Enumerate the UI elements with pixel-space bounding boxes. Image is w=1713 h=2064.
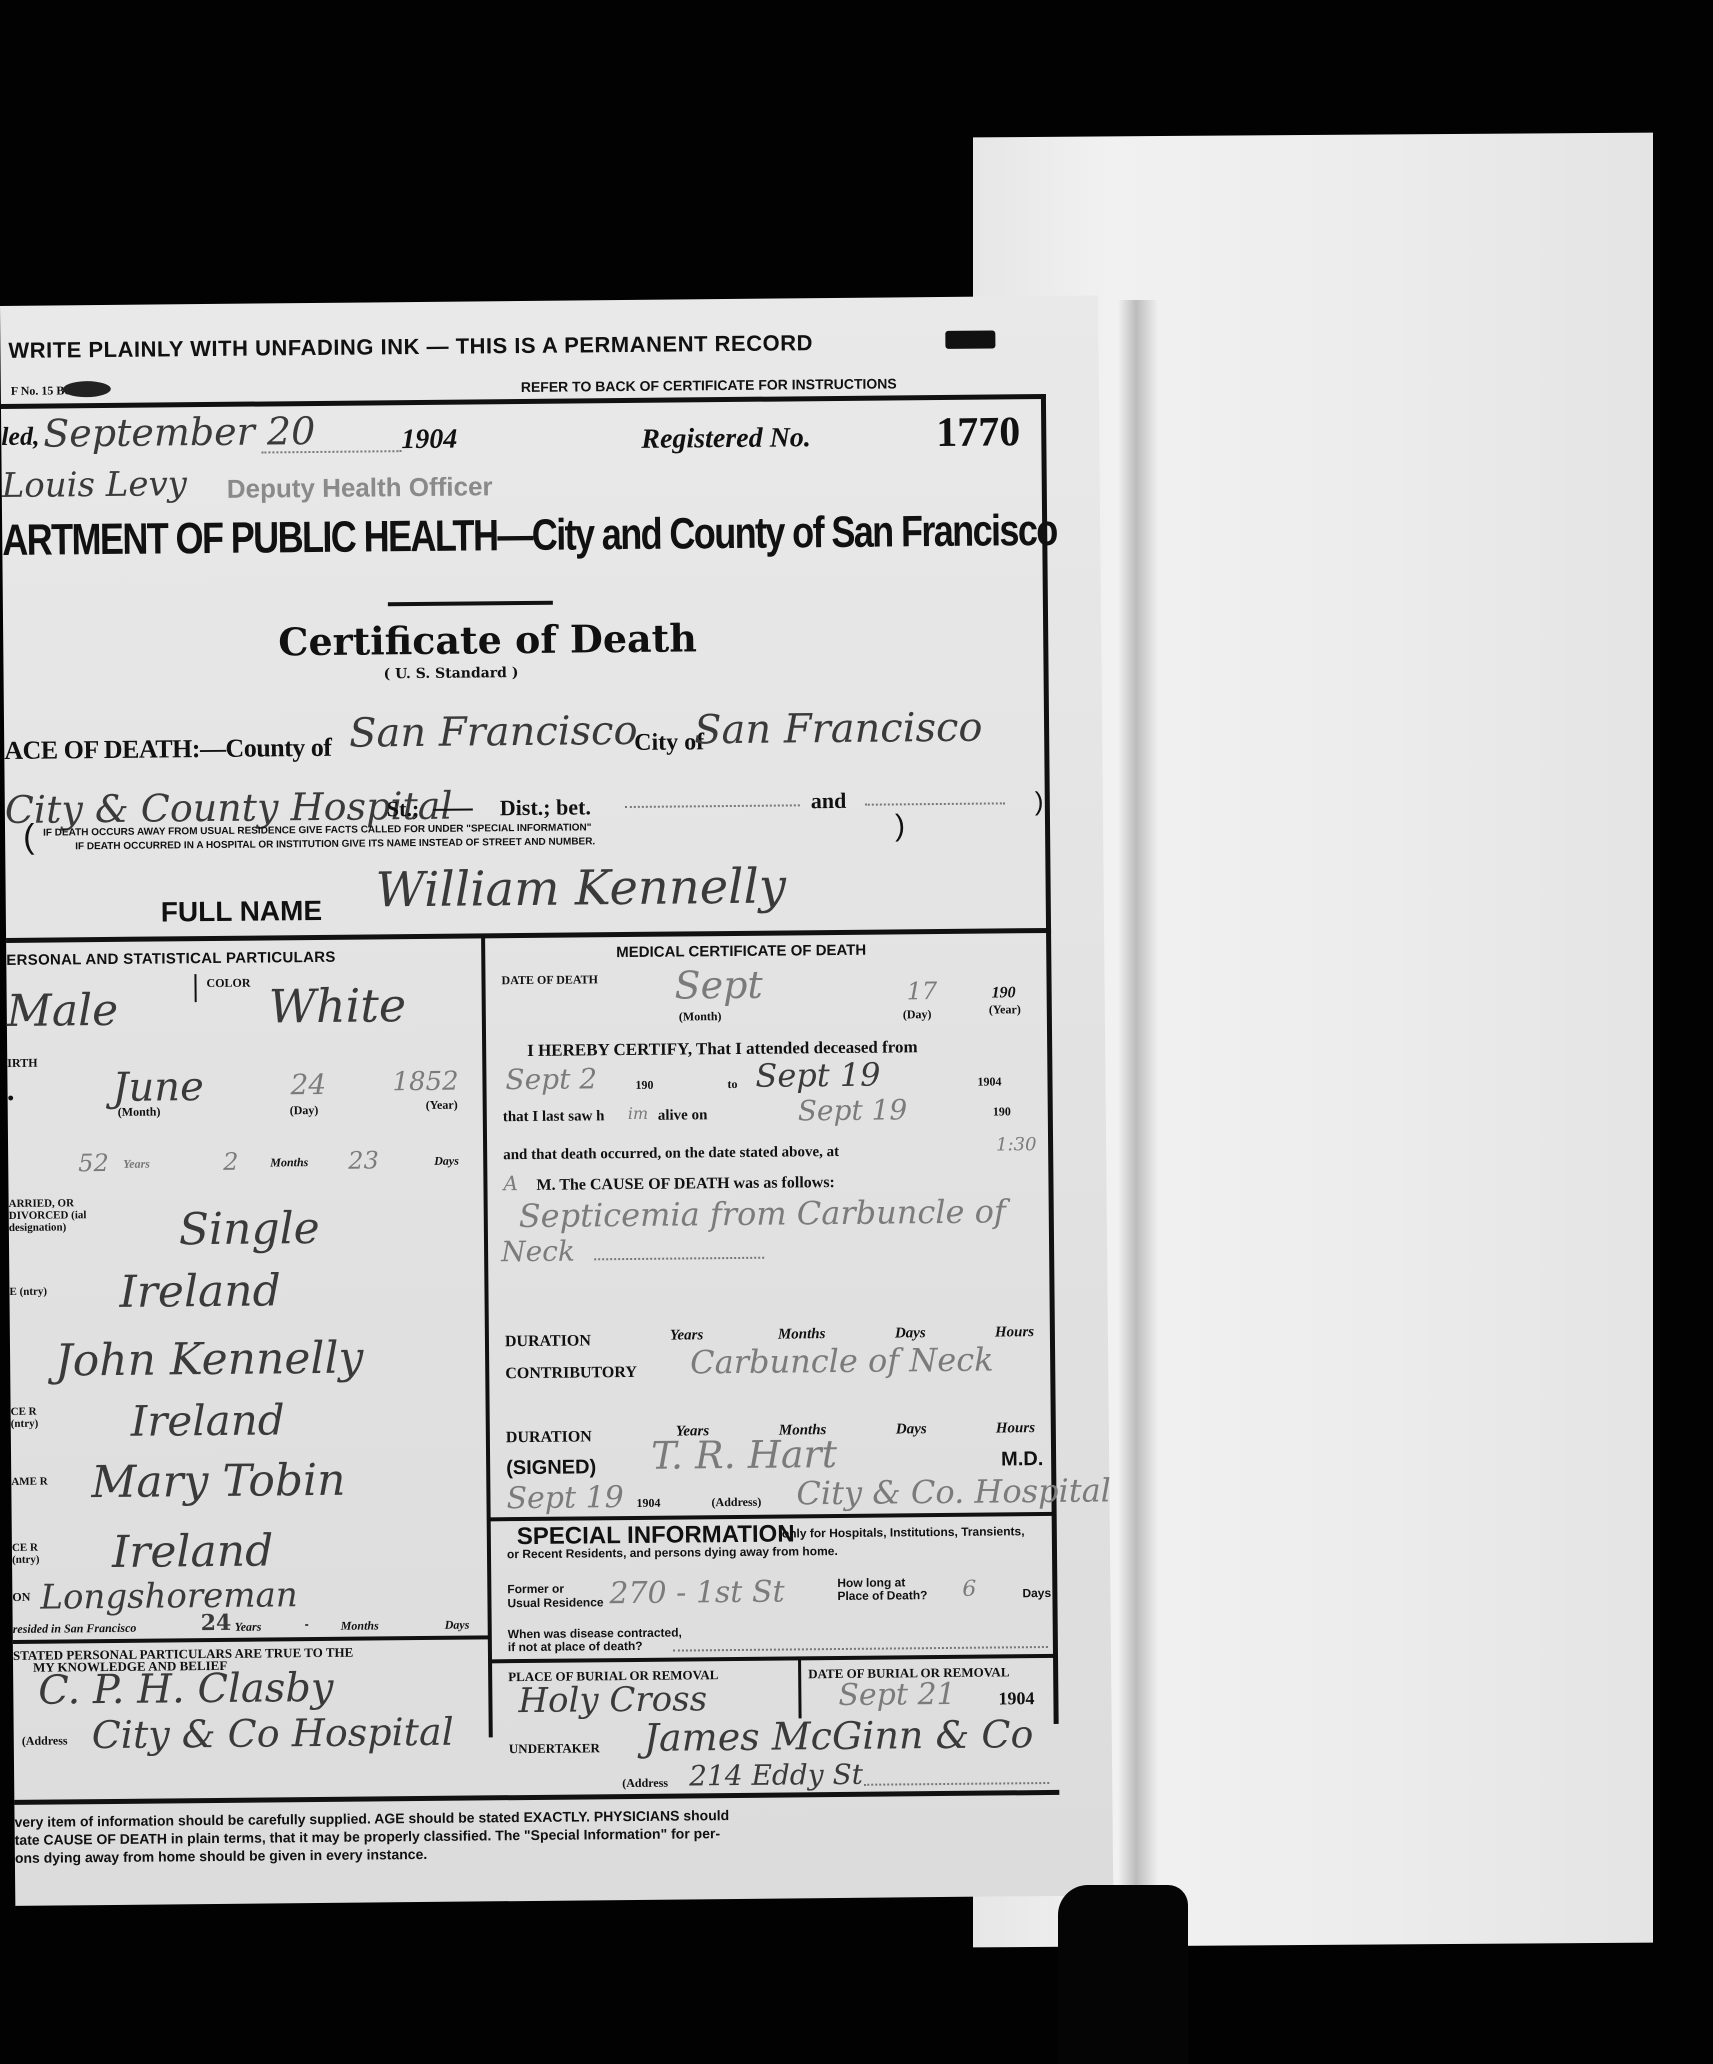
- registered-label: Registered No.: [641, 422, 811, 456]
- burial-divider: [491, 1654, 1056, 1663]
- sex-color-separator: [194, 974, 196, 1002]
- birth-day[interactable]: 24: [290, 1068, 326, 1101]
- certificate-subtitle: ( U. S. Standard ): [383, 665, 518, 682]
- city-value[interactable]: San Francisco: [694, 705, 983, 754]
- pointing-hand-icon: [945, 330, 995, 348]
- medical-section-title: MEDICAL CERTIFICATE OF DEATH: [616, 942, 866, 961]
- last-saw-text: that I last saw h: [503, 1108, 605, 1126]
- certificate-title: Certificate of Death: [278, 615, 697, 664]
- title-divider: [388, 601, 553, 607]
- duration-hours-label-1: Hours: [995, 1324, 1034, 1341]
- resided-days-label: Days: [445, 1618, 470, 1633]
- father-birthplace-label: CE R (ntry): [11, 1405, 61, 1429]
- resided-months[interactable]: -: [305, 1617, 309, 1631]
- death-year-label: (Year): [989, 1002, 1021, 1017]
- resided-months-label: Months: [341, 1618, 379, 1633]
- resided-years[interactable]: 24: [201, 1610, 232, 1636]
- color-value[interactable]: White: [268, 978, 406, 1033]
- death-day-label: (Day): [903, 1007, 932, 1022]
- burial-separator: [798, 1658, 802, 1718]
- instructions-note: REFER TO BACK OF CERTIFICATE FOR INSTRUC…: [521, 375, 897, 395]
- birthplace-value[interactable]: Ireland: [119, 1265, 281, 1318]
- filed-date[interactable]: September 20: [43, 409, 315, 456]
- street-label: St.;: [387, 796, 420, 822]
- age-months-label: Months: [270, 1155, 308, 1170]
- special-note-2: or Recent Residents, and persons dying a…: [507, 1544, 838, 1561]
- mother-name[interactable]: Mary Tobin: [91, 1455, 346, 1508]
- undertaker-value[interactable]: James McGinn & Co: [644, 1712, 1034, 1760]
- and-label: and: [811, 788, 847, 814]
- occupation-label: ON: [12, 1590, 30, 1605]
- place-of-death-label: ACE OF DEATH:—County of: [4, 733, 332, 766]
- frame-right: [1041, 394, 1059, 1724]
- death-time[interactable]: 1:30: [996, 1134, 1037, 1155]
- close-paren: ): [1035, 786, 1044, 817]
- residence-label-1: Former or: [507, 1583, 564, 1597]
- and-line: [865, 802, 1005, 805]
- close-paren-2: ): [895, 809, 905, 843]
- department-heading: ARTMENT OF PUBLIC HEALTH—City and County…: [2, 506, 1057, 566]
- full-name-value[interactable]: William Kennelly: [375, 858, 786, 918]
- frame-bottom: [14, 1790, 1059, 1805]
- md-label: M.D.: [1001, 1448, 1043, 1471]
- cause-line-1[interactable]: Septicemia from Carbuncle of: [519, 1192, 1006, 1235]
- age-years[interactable]: 52: [78, 1149, 109, 1177]
- cause-label: M. The CAUSE OF DEATH was as follows:: [536, 1174, 835, 1195]
- physician-signature[interactable]: T. R. Hart: [651, 1432, 837, 1478]
- undertaker-label: UNDERTAKER: [509, 1740, 600, 1757]
- filed-prefix: led,: [1, 422, 40, 452]
- informant-address[interactable]: City & Co Hospital: [92, 1710, 454, 1757]
- death-certificate: WRITE PLAINLY WITH UNFADING INK — THIS I…: [0, 295, 1113, 1905]
- duration-days-label-1: Days: [895, 1325, 926, 1342]
- birth-year[interactable]: 1852: [392, 1067, 458, 1098]
- signed-date[interactable]: Sept 19: [506, 1480, 624, 1516]
- residence-value[interactable]: 270 - 1st St: [609, 1575, 784, 1612]
- district-line: [625, 804, 800, 808]
- undertaker-address[interactable]: 214 Eddy St: [689, 1758, 863, 1793]
- frame-top: [1, 394, 1046, 409]
- burial-year[interactable]: 1904: [998, 1688, 1034, 1709]
- birth-day-label: (Day): [290, 1103, 319, 1118]
- how-long-unit: Days: [1022, 1586, 1051, 1600]
- how-long-value[interactable]: 6: [962, 1577, 976, 1602]
- street-blank: [433, 808, 473, 810]
- officer-title: Deputy Health Officer: [227, 471, 493, 505]
- officer-signature: Louis Levy: [2, 464, 188, 506]
- death-day[interactable]: 17: [906, 977, 937, 1005]
- birth-label: IRTH: [7, 1056, 37, 1071]
- residence-label-2: Usual Residence: [507, 1595, 603, 1610]
- cause-line: [594, 1257, 764, 1261]
- filed-date-line: [261, 450, 401, 453]
- open-paren: (: [23, 818, 35, 857]
- attended-to-year[interactable]: 1904: [977, 1074, 1001, 1089]
- signed-year: 1904: [636, 1496, 660, 1511]
- permanent-record-banner: WRITE PLAINLY WITH UNFADING INK — THIS I…: [8, 330, 813, 364]
- attended-from[interactable]: Sept 2: [505, 1062, 597, 1096]
- printer-seal-icon: [63, 381, 111, 397]
- sex-value[interactable]: Male: [7, 985, 119, 1037]
- meridiem[interactable]: A: [503, 1171, 518, 1195]
- death-month[interactable]: Sept: [674, 963, 763, 1008]
- special-note-1: only for Hospitals, Institutions, Transi…: [782, 1524, 1025, 1540]
- filed-year[interactable]: 1904: [401, 424, 457, 457]
- page-fold-shadow: [1118, 300, 1158, 1900]
- color-label: COLOR: [206, 976, 250, 991]
- physician-address[interactable]: City & Co. Hospital: [796, 1471, 1111, 1512]
- district-label: Dist.; bet.: [500, 794, 591, 821]
- county-value[interactable]: San Francisco: [349, 708, 638, 757]
- age-days-label: Days: [434, 1154, 459, 1169]
- duration-hours-label-2: Hours: [996, 1420, 1035, 1437]
- burial-date[interactable]: Sept 21: [838, 1677, 956, 1713]
- name-divider: [6, 928, 1051, 943]
- occurred-text: and that death occurred, on the date sta…: [503, 1144, 839, 1164]
- alive-on-text: alive on: [658, 1107, 708, 1124]
- informant-address-label: (Address: [22, 1733, 68, 1748]
- binder-clip-shadow: [1058, 1885, 1188, 2064]
- to-label: to: [727, 1077, 737, 1092]
- registered-number[interactable]: 1770: [936, 408, 1020, 457]
- resided-divider: [13, 1635, 489, 1644]
- occupation-value[interactable]: Longshoreman: [40, 1575, 298, 1617]
- marital-value[interactable]: Single: [179, 1203, 320, 1255]
- bullet-mark: •: [8, 1088, 15, 1109]
- signed-label: (SIGNED): [506, 1456, 596, 1480]
- informant-name[interactable]: C. P. H. Clasby: [38, 1665, 334, 1714]
- father-birthplace[interactable]: Ireland: [130, 1395, 284, 1445]
- death-month-label: (Month): [679, 1009, 722, 1024]
- birthplace-label: E (ntry): [9, 1285, 69, 1298]
- duration-years-label-1: Years: [670, 1327, 704, 1344]
- age-years-label: Years: [123, 1157, 150, 1172]
- mother-name-label: AME R: [11, 1475, 61, 1487]
- date-of-death-label: DATE OF DEATH: [501, 972, 598, 988]
- mother-birthplace-label: CE R (ntry): [12, 1541, 62, 1565]
- contributory-value[interactable]: Carbuncle of Neck: [690, 1341, 994, 1382]
- birth-year-label: (Year): [426, 1098, 458, 1113]
- last-saw-date[interactable]: Sept 19: [798, 1093, 908, 1127]
- last-saw-him[interactable]: im: [628, 1104, 648, 1123]
- duration-label-2: DURATION: [506, 1428, 592, 1447]
- marital-label: ARRIED, OR DIVORCED (ial designation): [9, 1197, 129, 1234]
- mother-birthplace[interactable]: Ireland: [112, 1525, 274, 1578]
- footer-line-3: ons dying away from home should be given…: [15, 1846, 427, 1866]
- attended-from-year: 190: [635, 1078, 653, 1093]
- father-name[interactable]: John Kennelly: [55, 1333, 364, 1387]
- contracted-line: [673, 1646, 1048, 1652]
- contributory-label: CONTRIBUTORY: [505, 1364, 637, 1383]
- duration-label-1: DURATION: [505, 1332, 591, 1351]
- undertaker-address-label: (Address: [622, 1776, 668, 1791]
- cause-line-2[interactable]: Neck: [501, 1235, 575, 1269]
- duration-months-label-1: Months: [778, 1326, 826, 1343]
- death-year[interactable]: 190: [992, 984, 1016, 1002]
- age-months[interactable]: 2: [223, 1148, 239, 1176]
- contracted-label-2: if not at place of death?: [508, 1639, 643, 1654]
- full-name-label: FULL NAME: [161, 895, 323, 929]
- birth-month-label: (Month): [118, 1104, 161, 1119]
- how-long-label-2: Place of Death?: [837, 1588, 927, 1603]
- column-divider: [481, 937, 493, 1737]
- attended-to[interactable]: Sept 19: [755, 1056, 880, 1095]
- undertaker-address-line: [864, 1782, 1049, 1786]
- last-saw-year: 190: [993, 1104, 1011, 1119]
- hospital-note: IF DEATH OCCURRED IN A HOSPITAL OR INSTI…: [75, 836, 595, 852]
- resided-years-label: Years: [235, 1620, 262, 1635]
- physician-address-label: (Address): [711, 1495, 761, 1510]
- resided-label: resided in San Francisco: [13, 1621, 137, 1637]
- age-days[interactable]: 23: [348, 1146, 379, 1174]
- duration-days-label-2: Days: [896, 1421, 927, 1438]
- personal-section-title: ERSONAL AND STATISTICAL PARTICULARS: [6, 949, 336, 969]
